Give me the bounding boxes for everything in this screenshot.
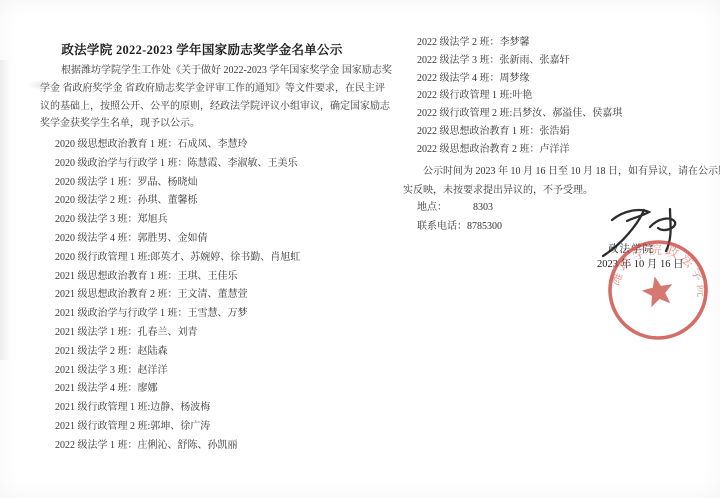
- roster-entry: 2022 级思想政治教育 1 班：张浩娟: [417, 123, 622, 141]
- phone-label: 联系电话：: [417, 221, 467, 232]
- intro-line: 根据潍坊学院学生工作处《关于做好 2022-2023 学年国家奖学金 国家励志奖: [40, 62, 370, 80]
- roster-entry: 2021 级法学 3 班：赵洋洋: [55, 362, 300, 381]
- page-title: 政法学院 2022-2023 学年国家励志奖学金名单公示: [40, 40, 364, 58]
- roster-entry: 2020 级法学 2 班：孙琪、董馨栎: [55, 192, 300, 211]
- intro-line: 奖学金获奖学生名单，现予以公示。: [40, 115, 370, 133]
- publicity-period-notice: 公示时间为 2023 年 10 月 16 日至 10 月 18 日，如有异议，请…: [403, 163, 703, 200]
- roster-entry: 2022 级思想政治教育 2 班：卢洋洋: [417, 141, 622, 159]
- roster-entry: 2022 级行政管理 2 班:吕梦汝、郝溢佳、侯嘉琪: [417, 105, 622, 123]
- notice-line: 公示时间为 2023 年 10 月 16 日至 10 月 18 日，如有异议，请…: [403, 163, 703, 182]
- intro-paragraph: 根据潍坊学院学生工作处《关于做好 2022-2023 学年国家奖学金 国家励志奖…: [40, 62, 370, 133]
- location-value: 8303: [473, 199, 493, 218]
- roster-entry: 2021 级政治学与行政学 1 班：王雪慧、万梦: [55, 305, 300, 324]
- roster-entry: 2021 级思想政治教育 1 班：王琪、王佳乐: [55, 268, 300, 287]
- roster-entry: 2020 级政治学与行政学 1 班：陈慧霞、李淑敏、王美乐: [55, 155, 300, 174]
- roster-entry: 2022 级行政管理 1 班:叶艳: [417, 87, 622, 105]
- contact-info: 地点：8303 联系电话：8785300: [417, 199, 502, 236]
- intro-line: 议的基础上，按照公开、公平的原则，经政法学院评议小组审议，确定国家励志: [40, 98, 370, 116]
- roster-entry: 2022 级法学 3 班：张新雨、张嘉轩: [417, 52, 622, 70]
- phone-line: 联系电话：8785300: [417, 218, 502, 237]
- roster-entry: 2022 级法学 4 班：周梦缘: [417, 70, 622, 88]
- roster-entry: 2021 级法学 4 班：廖娜: [55, 380, 300, 399]
- location-line: 地点：8303: [417, 199, 502, 218]
- roster-entry: 2022 级法学 1 班：庄俐沁、舒陈、孙凯丽: [55, 437, 300, 456]
- roster-entry: 2022 级法学 2 班：李梦馨: [417, 34, 622, 52]
- seal-star-icon: [639, 273, 676, 308]
- scanned-announcement-document: 政法学院 2022-2023 学年国家励志奖学金名单公示 根据潍坊学院学生工作处…: [0, 0, 720, 498]
- award-roster-right-column: 2022 级法学 2 班：李梦馨 2022 级法学 3 班：张新雨、张嘉轩 20…: [417, 34, 622, 159]
- notice-line: 实反映，未按要求提出异议的，不予受理。: [403, 182, 703, 201]
- intro-line: 学金 省政府奖学金 省政府励志奖学金评审工作的通知》等文件要求，在民主评: [40, 80, 370, 98]
- roster-entry: 2020 级思想政治教育 1 班：石成凤、李慧玲: [55, 136, 300, 155]
- roster-entry: 2021 级法学 2 班：赵陆森: [55, 343, 300, 362]
- roster-entry: 2020 级法学 4 班：郭胜男、金如倩: [55, 230, 300, 249]
- location-label: 地点：: [417, 202, 447, 213]
- roster-entry: 2021 级法学 1 班：孔春兰、刘青: [55, 324, 300, 343]
- roster-entry: 2020 级行政管理 1 班:郎英才、苏婉婷、徐书勤、肖旭虹: [55, 249, 300, 268]
- roster-entry: 2020 级法学 1 班：罗晶、杨晓灿: [55, 174, 300, 193]
- roster-entry: 2020 级法学 3 班：郑旭兵: [55, 211, 300, 230]
- phone-value: 8785300: [467, 221, 502, 232]
- official-red-seal: 潍坊学院政法学院: [598, 228, 718, 348]
- roster-entry: 2021 级行政管理 2 班:郭坤、徐广涛: [55, 418, 300, 437]
- roster-entry: 2021 级行政管理 1 班:边静、杨波梅: [55, 399, 300, 418]
- roster-entry: 2021 级思想政治教育 2 班：王文清、董慧萱: [55, 286, 300, 305]
- award-roster-left-column: 2020 级思想政治教育 1 班：石成凤、李慧玲 2020 级政治学与行政学 1…: [55, 136, 300, 456]
- signature-and-seal-block: 政法学院 2023 年 10 月 16 日 潍坊学院政法学院: [560, 200, 720, 350]
